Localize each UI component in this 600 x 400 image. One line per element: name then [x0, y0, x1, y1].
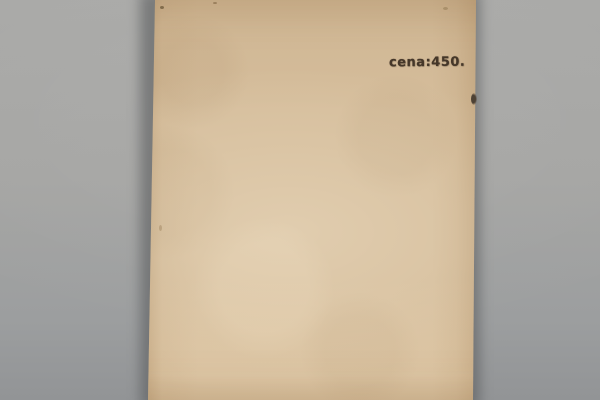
paper-speck [213, 2, 217, 4]
booklet-cover: cena:450. [0, 0, 600, 400]
paper-speck [443, 7, 448, 10]
paper-speck [160, 6, 164, 9]
photo-backdrop: cena:450. [0, 0, 600, 400]
edge-notch-defect [471, 93, 477, 105]
price-stamp: cena:450. [389, 54, 465, 72]
paper-speck [159, 225, 162, 231]
